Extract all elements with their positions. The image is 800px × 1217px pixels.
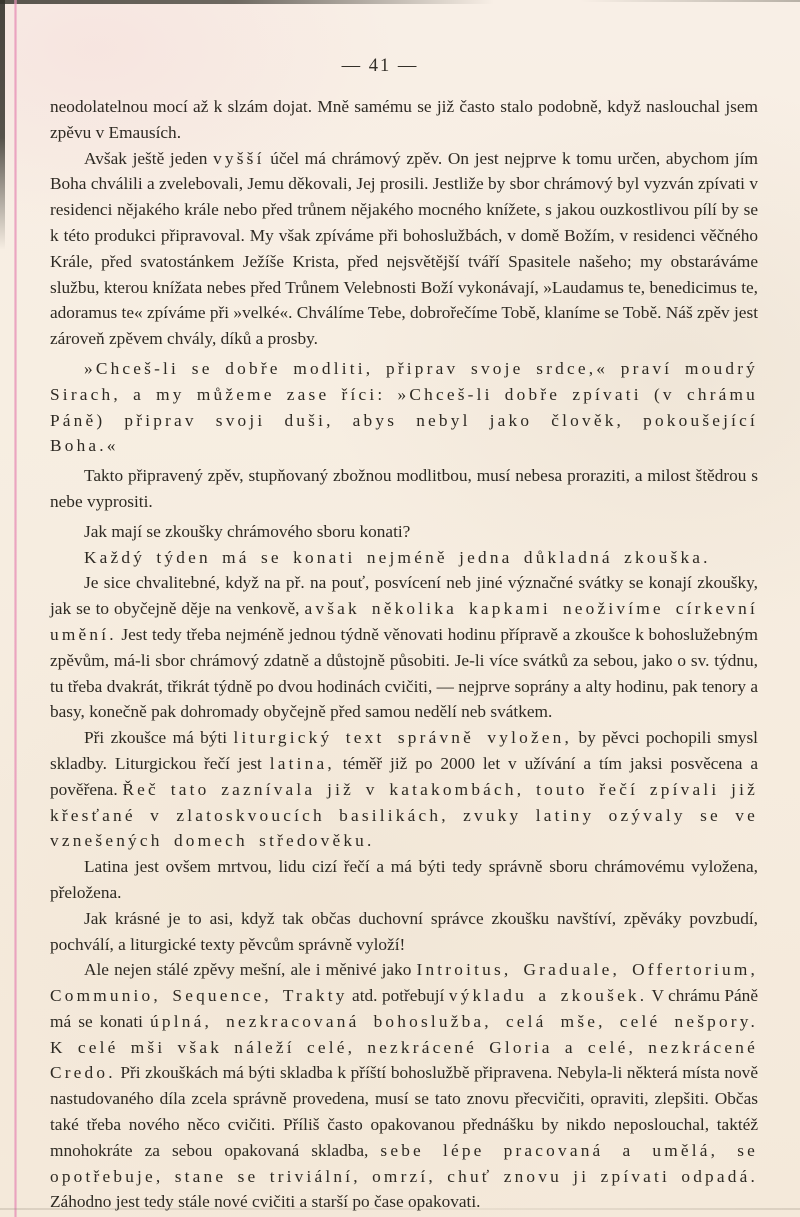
- body-text: Latina jest ovšem mrtvou, lidu cizí řečí…: [50, 857, 758, 902]
- emphasized-letterspaced-text: liturgický text správně vyložen,: [233, 728, 572, 747]
- page-number: — 41 —: [50, 56, 710, 77]
- paragraph: Ale nejen stálé zpěvy mešní, ale i měniv…: [50, 957, 758, 1215]
- body-text: Avšak ještě jeden: [84, 149, 213, 168]
- paragraph: Je sice chvalitebné, když na př. na pouť…: [50, 570, 758, 725]
- scanned-book-page: { "page": { "number": "— 41 —", "colors"…: [0, 0, 800, 1217]
- page-edge-shadow-top-right: [580, 0, 800, 2]
- body-text: Záhodno jest tedy stále nové cvičiti a s…: [50, 1192, 480, 1211]
- body-text: Při zkoušce má býti: [84, 728, 233, 747]
- body-text: Ale nejen stálé zpěvy mešní, ale i měniv…: [84, 960, 417, 979]
- body-text: Jest tedy třeba nejméně jednou týdně věn…: [50, 625, 758, 721]
- paragraph: Při zkoušce má býti liturgický text sprá…: [50, 725, 758, 854]
- page-edge-shadow-top: [0, 0, 520, 4]
- body-text: účel má chrámový zpěv. On jest nejprve k…: [50, 149, 758, 349]
- emphasized-letterspaced-text: »Chceš-li se dobře modliti, připrav svoj…: [50, 359, 758, 455]
- page-edge-shadow-left: [0, 0, 5, 250]
- body-text: neodolatelnou mocí až k slzám dojat. Mně…: [50, 97, 758, 142]
- margin-ruled-line: [14, 0, 17, 1217]
- body-text: atd. potřebují: [348, 986, 449, 1005]
- emphasized-letterspaced-text: výkladu a zkoušek.: [449, 986, 647, 1005]
- body-text: Jak mají se zkoušky chrámového sboru kon…: [84, 522, 410, 541]
- paragraph: Jak krásné je to asi, když tak občas duc…: [50, 906, 758, 958]
- paragraph: neodolatelnou mocí až k slzám dojat. Mně…: [50, 94, 758, 146]
- paragraph: Avšak ještě jeden vyšší účel má chrámový…: [50, 146, 758, 352]
- body-text: Jak krásné je to asi, když tak občas duc…: [50, 909, 758, 954]
- paragraph: Latina jest ovšem mrtvou, lidu cizí řečí…: [50, 854, 758, 906]
- paragraph: »Chceš-li se dobře modliti, připrav svoj…: [50, 356, 758, 459]
- body-text: Takto připravený zpěv, stupňovaný zbožno…: [50, 466, 758, 511]
- paragraph: Jak mají se zkoušky chrámového sboru kon…: [50, 519, 758, 545]
- emphasized-letterspaced-text: Řeč tato zaznívala již v katakombách, to…: [50, 780, 758, 851]
- emphasized-letterspaced-text: Každý týden má se konati nejméně jedna d…: [84, 548, 711, 567]
- emphasized-letterspaced-text: vyšší: [213, 149, 265, 168]
- emphasized-letterspaced-text: latina,: [270, 754, 335, 773]
- page-body: neodolatelnou mocí až k slzám dojat. Mně…: [50, 94, 758, 1215]
- paragraph: Takto připravený zpěv, stupňovaný zbožno…: [50, 463, 758, 515]
- paragraph: Každý týden má se konati nejméně jedna d…: [50, 545, 758, 571]
